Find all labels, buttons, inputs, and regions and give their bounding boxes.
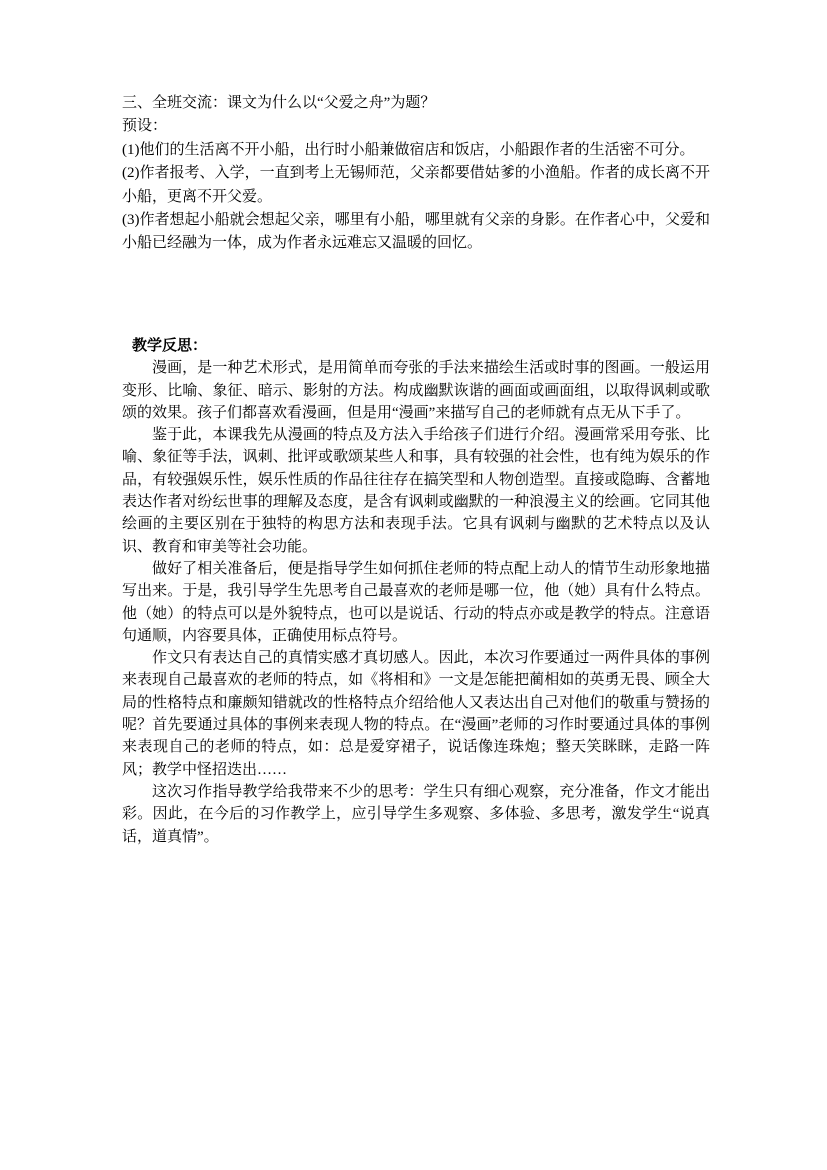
class-discussion-section: 三、全班交流：课文为什么以“父爱之舟”为题？ 预设： (1)他们的生活离不开小船…: [122, 92, 710, 256]
preset-item: (2)作者报考、入学，一直到考上无锡师范，父亲都要借姑爹的小渔船。作者的成长离不…: [122, 162, 710, 209]
document-page: 三、全班交流：课文为什么以“父爱之舟”为题？ 预设： (1)他们的生活离不开小船…: [0, 0, 827, 1170]
reflection-paragraph: 鉴于此，本课我先从漫画的特点及方法入手给孩子们进行介绍。漫画常采用夸张、比喻、象…: [122, 424, 710, 558]
reflection-heading: 教学反思：: [122, 335, 710, 357]
reflection-paragraph: 作文只有表达自己的真情实感才真切感人。因此，本次习作要通过一两件具体的事例来表现…: [122, 647, 710, 781]
preset-item: (3)作者想起小船就会想起父亲，哪里有小船，哪里就有父亲的身影。在作者心中，父爱…: [122, 209, 710, 256]
reflection-paragraph: 这次习作指导教学给我带来不少的思考：学生只有细心观察，充分准备，作文才能出彩。因…: [122, 781, 710, 848]
reflection-paragraph: 漫画，是一种艺术形式，是用简单而夸张的手法来描绘生活或时事的图画。一般运用变形、…: [122, 357, 710, 424]
teaching-reflection-section: 教学反思： 漫画，是一种艺术形式，是用简单而夸张的手法来描绘生活或时事的图画。一…: [122, 335, 710, 848]
preset-label: 预设：: [122, 115, 710, 138]
discussion-title: 三、全班交流：课文为什么以“父爱之舟”为题？: [122, 92, 710, 115]
reflection-paragraph: 做好了相关准备后，便是指导学生如何抓住老师的特点配上动人的情节生动形象地描写出来…: [122, 558, 710, 647]
preset-item: (1)他们的生活离不开小船，出行时小船兼做宿店和饭店，小船跟作者的生活密不可分。: [122, 139, 710, 162]
